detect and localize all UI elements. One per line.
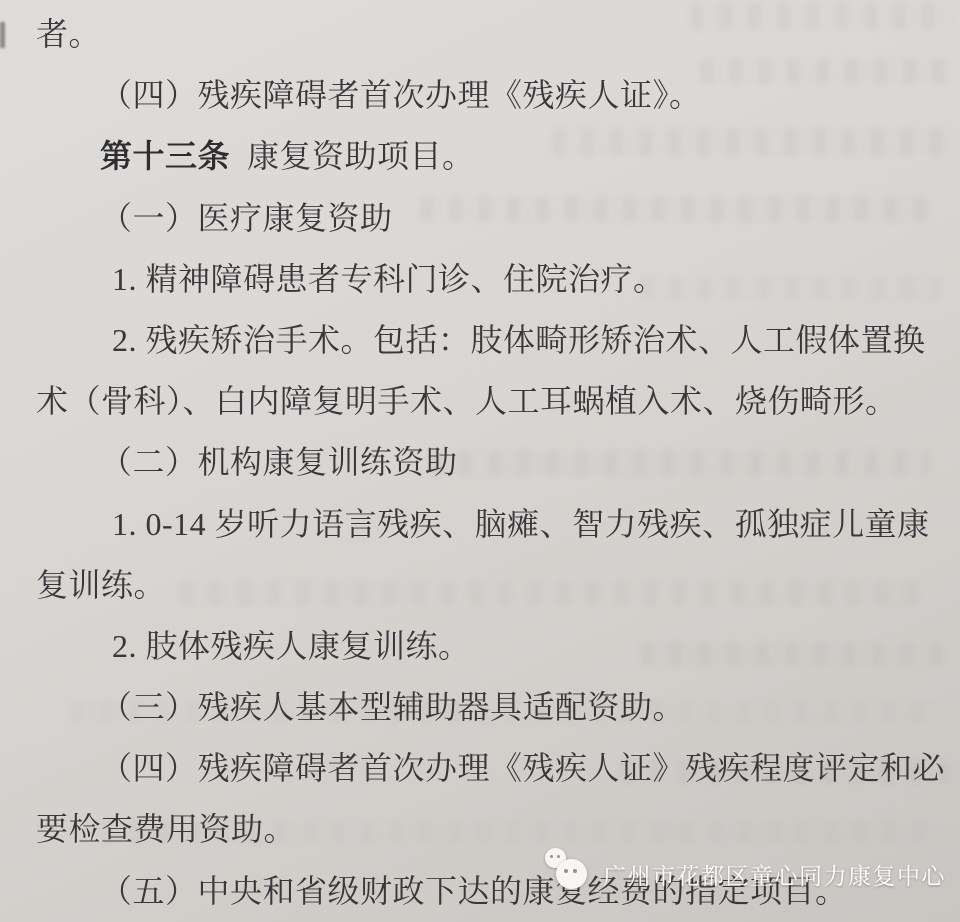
line-sub-1-psychiatric: 1. 精神障碍患者专科门诊、住院治疗。: [112, 249, 944, 310]
scan-edge-artifact: [0, 22, 5, 48]
article-13-title: 康复资助项目。: [247, 138, 475, 174]
line-sub-2-surgery-cont: 术（骨科）、白内障复明手术、人工耳蜗植入术、烧伤畸形。: [36, 371, 944, 432]
line-sub-2-surgery: 2. 残疾矫治手术。包括：肢体畸形矫治术、人工假体置换: [112, 310, 944, 371]
article-13-number: 第十三条: [100, 138, 230, 174]
line-sentence-continuation: 者。: [36, 4, 944, 65]
line-item-2-institution: （二）机构康复训练资助: [100, 432, 944, 493]
line-article-13-heading: 第十三条康复资助项目。: [100, 126, 944, 187]
line-item-3-assistive: （三）残疾人基本型辅助器具适配资助。: [100, 677, 944, 738]
line-sub-1-children-cont: 复训练。: [36, 555, 944, 616]
line-sub-2-physical: 2. 肢体残疾人康复训练。: [112, 616, 944, 677]
line-item-4-prev-article: （四）残疾障碍者首次办理《残疾人证》。: [100, 65, 944, 126]
scanned-document-page: 者。 （四）残疾障碍者首次办理《残疾人证》。 第十三条康复资助项目。 （一）医疗…: [0, 0, 960, 922]
line-item-5-funding: （五）中央和省级财政下达的康复经费的指定项目。: [100, 861, 944, 922]
line-item-1-medical-rehab: （一）医疗康复资助: [100, 188, 944, 249]
line-sub-1-children: 1. 0-14 岁听力语言残疾、脑瘫、智力残疾、孤独症儿童康: [112, 494, 944, 555]
document-body: 者。 （四）残疾障碍者首次办理《残疾人证》。 第十三条康复资助项目。 （一）医疗…: [36, 4, 944, 922]
line-item-4-cert-cont: 要检查费用资助。: [36, 799, 944, 860]
line-item-4-certificate: （四）残疾障碍者首次办理《残疾人证》残疾程度评定和必: [100, 738, 944, 799]
